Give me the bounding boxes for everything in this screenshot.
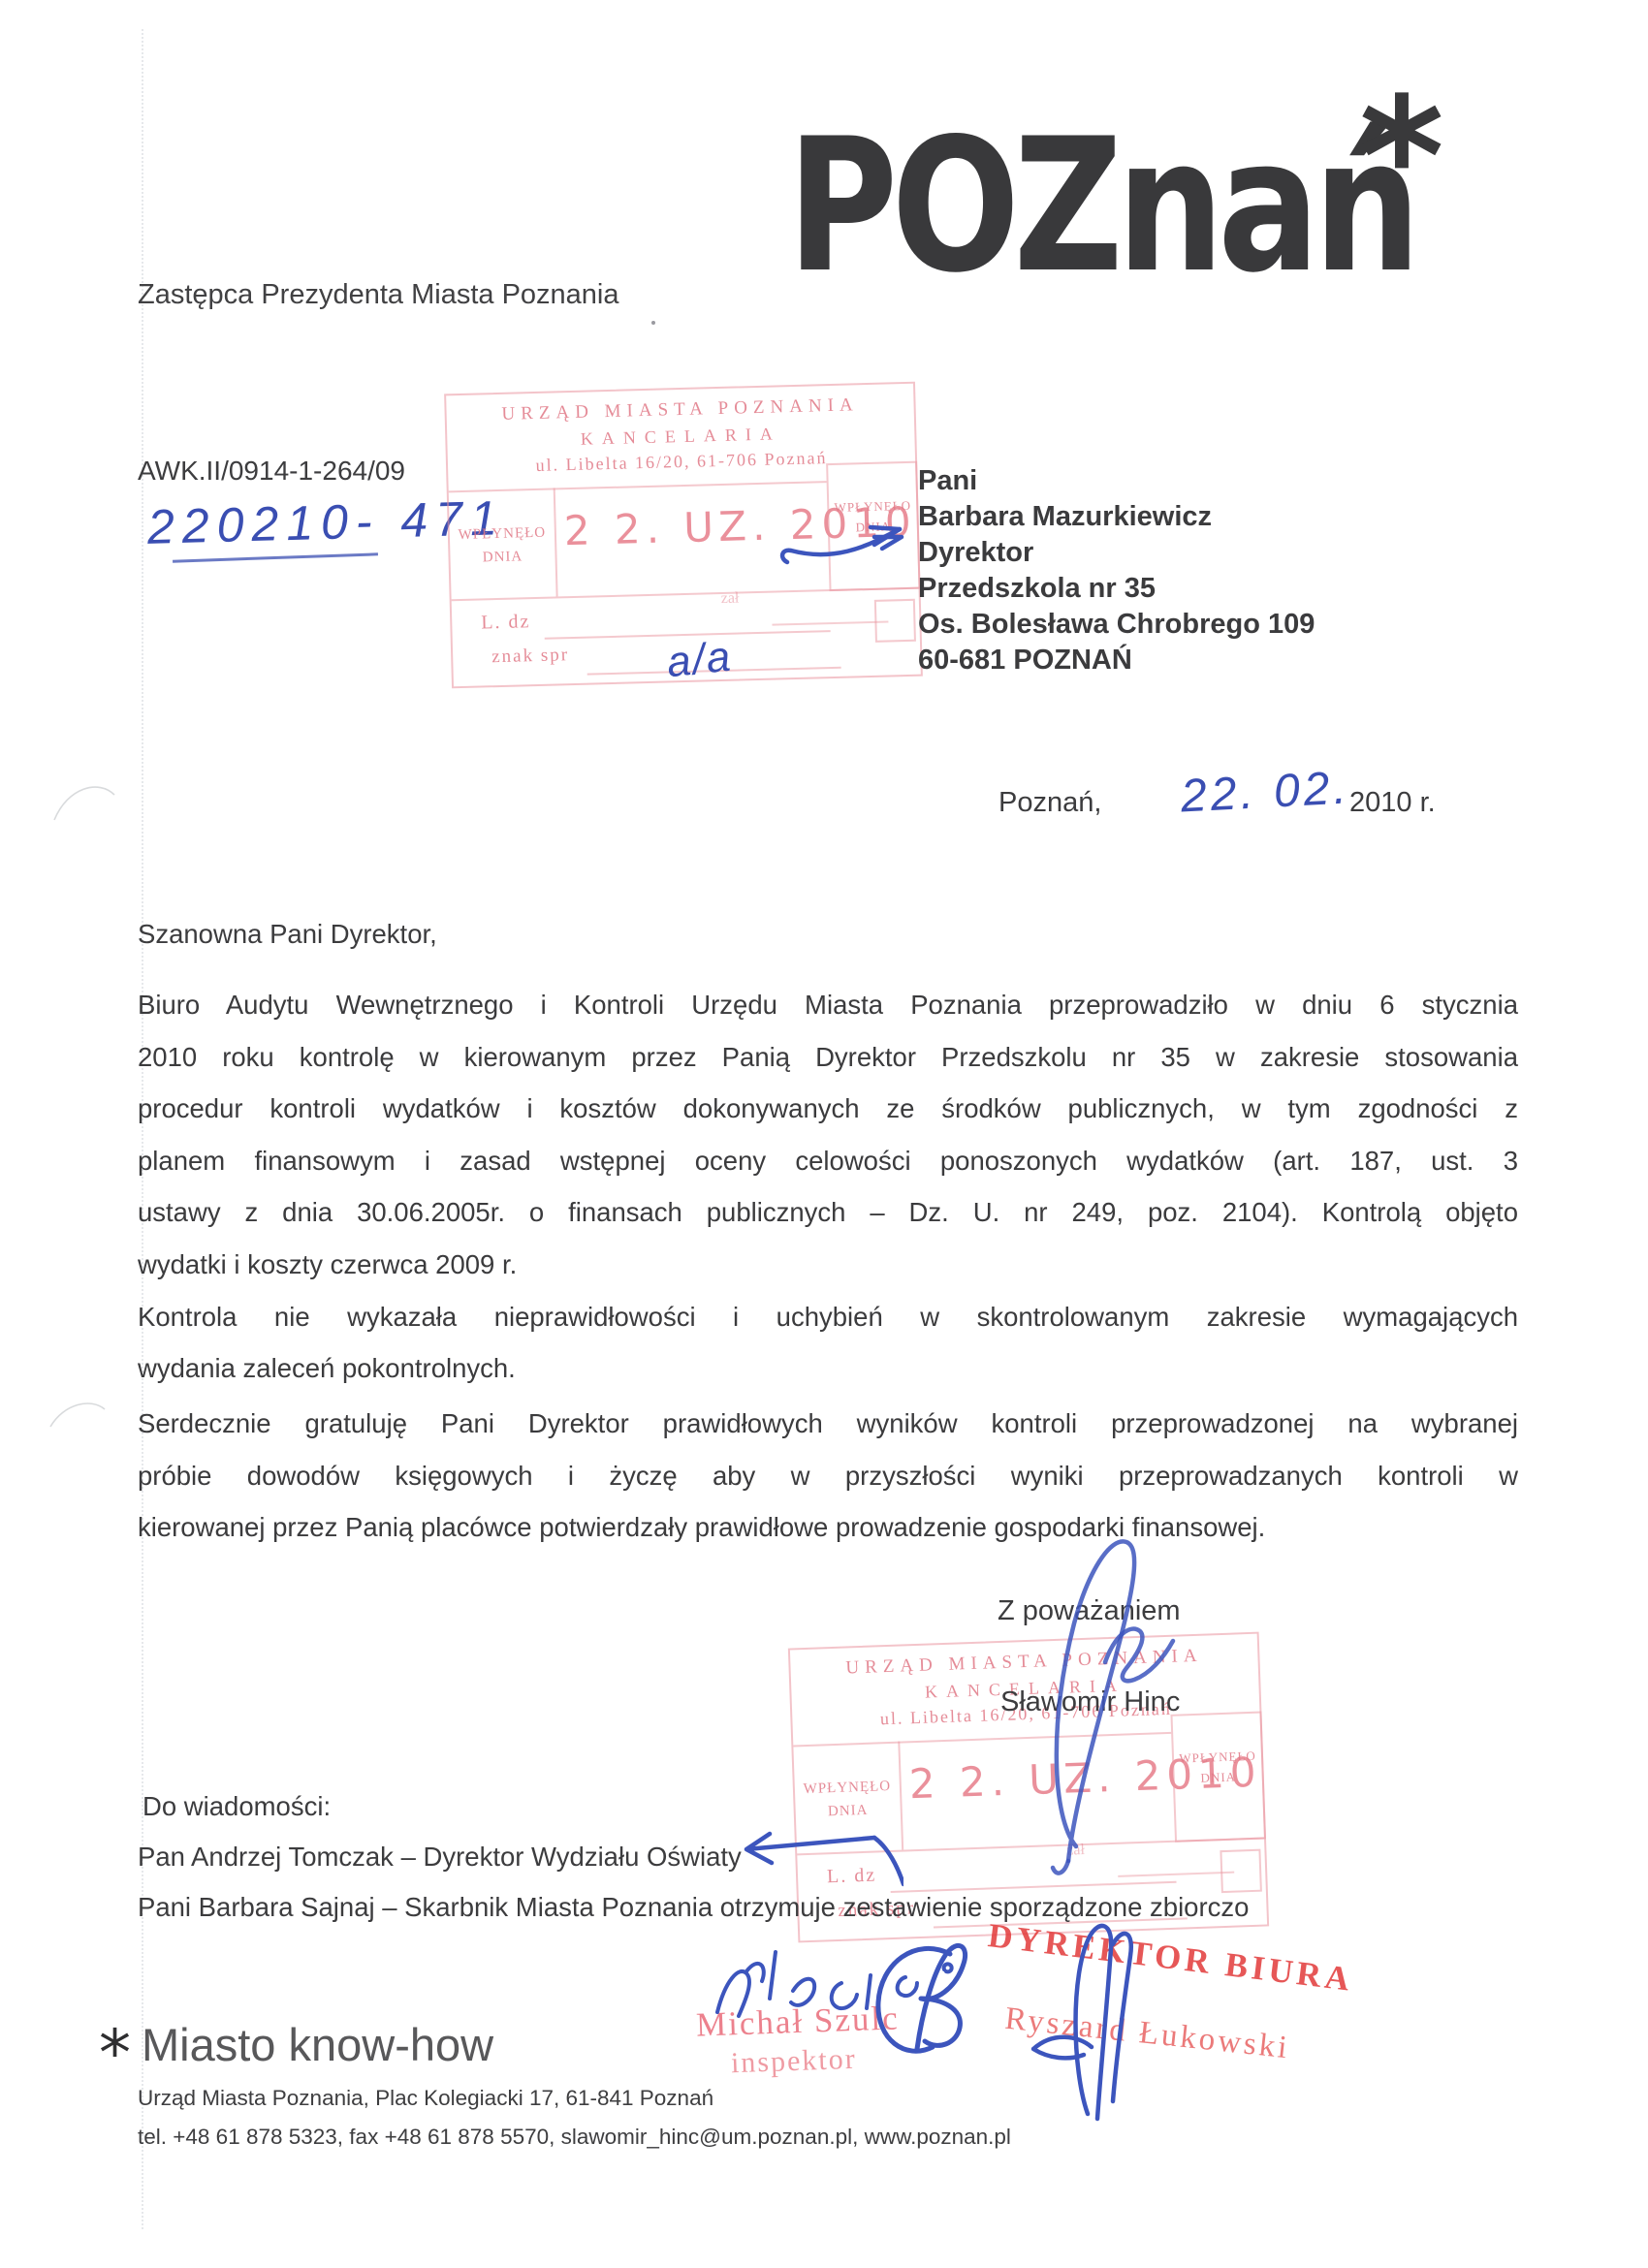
body-line: wydatki i koszty czerwca 2009 r. [138, 1239, 1518, 1291]
footer-address: Urząd Miasta Poznania, Plac Kolegiacki 1… [138, 2086, 713, 2111]
stamp-received-label: WPŁYNĘŁO DNIA [795, 1775, 902, 1825]
stamp-znak-label: znak spr [491, 645, 569, 668]
body-paragraph-2: Serdecznie gratuluję Pani Dyrektor prawi… [138, 1398, 1518, 1554]
body-line: ustawy z dnia 30.06.2005r. o finansach p… [138, 1186, 1518, 1239]
body-line: Biuro Audytu Wewnętrznego i Kontroli Urz… [138, 979, 1518, 1031]
stamp-ldz-label: L. dz [481, 611, 531, 634]
dateline-year: 2010 r. [1349, 787, 1436, 819]
recipient-line: 60-681 POZNAŃ [918, 643, 1315, 678]
body-line: planem finansowym i zasad wstępnej oceny… [138, 1135, 1518, 1187]
body-line: wydania zaleceń pokontrolnych. [138, 1342, 1518, 1395]
signature-hinc-ink [960, 1527, 1221, 1885]
stamp-divider [452, 587, 919, 602]
sender-title: Zastępca Prezydenta Miasta Poznania [138, 279, 619, 311]
cc-ink-mark [729, 1824, 903, 1902]
handwritten-underline-ink [173, 552, 378, 562]
body-line: kierowanej przez Panią placówce potwierd… [138, 1501, 1518, 1554]
ink-arrow-icon [774, 512, 911, 574]
inspector-stamp-title: inspektor [730, 2043, 857, 2081]
scanned-letter-page: POZnań * Zastępca Prezydenta Miasta Pozn… [0, 0, 1648, 2268]
body-line: Serdecznie gratuluję Pani Dyrektor prawi… [138, 1398, 1518, 1450]
reference-number: AWK.II/0914-1-264/09 [138, 456, 405, 487]
dateline-city: Poznań, [998, 787, 1101, 819]
recipient-line: Dyrektor [918, 535, 1315, 571]
footer-asterisk-icon: * [99, 2022, 131, 2086]
cc-item: Pan Andrzej Tomczak – Dyrektor Wydziału … [138, 1842, 742, 1873]
director-signature-ink [1018, 1915, 1173, 2130]
stamp-blank-line [772, 620, 888, 625]
handwritten-date: 22. 02. [1180, 761, 1351, 823]
stamp-divider [449, 481, 827, 492]
scan-artifact-arc [50, 775, 120, 830]
poznan-logo: POZnań [787, 114, 1414, 299]
recipient-line: Barbara Mazurkiewicz [918, 499, 1315, 535]
body-paragraph-1: Biuro Audytu Wewnętrznego i Kontroli Urz… [138, 979, 1518, 1395]
cc-label: Do wiadomości: [143, 1791, 331, 1822]
stamp-small-box [874, 599, 916, 643]
footer-brand: Miasto know-how [142, 2018, 493, 2071]
body-line: Kontrola nie wykazała nieprawidłowości i… [138, 1291, 1518, 1343]
footer-contact: tel. +48 61 878 5323, fax +48 61 878 557… [138, 2125, 1011, 2150]
body-line: 2010 roku kontrolę w kierowanym przez Pa… [138, 1031, 1518, 1084]
body-line: procedur kontroli wydatków i kosztów dok… [138, 1083, 1518, 1135]
scan-artifact-dot [651, 321, 655, 325]
body-line: próbie dowodów księgowych i życzę aby w … [138, 1450, 1518, 1502]
scan-artifact-arc [48, 1396, 111, 1434]
logo-asterisk-icon: * [1359, 76, 1444, 238]
stamp-received-label: WPŁYNĘŁO DNIA [450, 520, 555, 570]
stamp-small-box [1220, 1849, 1262, 1893]
handwritten-aa-note: a/a [665, 633, 735, 688]
paraph-ink [857, 1935, 989, 2072]
recipient-line: Os. Bolesława Chrobrego 109 [918, 607, 1315, 643]
stamp-zal-label: zał [721, 590, 740, 608]
salutation: Szanowna Pani Dyrektor, [138, 919, 437, 950]
recipient-block: Pani Barbara Mazurkiewicz Dyrektor Przed… [918, 463, 1315, 678]
recipient-line: Przedszkola nr 35 [918, 571, 1315, 607]
recipient-line: Pani [918, 463, 1315, 499]
